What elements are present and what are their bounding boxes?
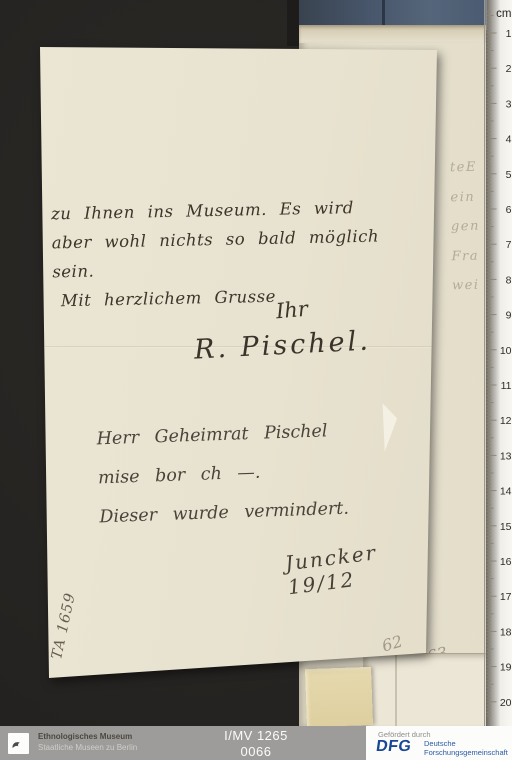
svg-text:2: 2 bbox=[506, 63, 512, 75]
bleedthrough-line: teE bbox=[450, 153, 479, 183]
letter-line: Mit herzlichem Grusse bbox=[53, 280, 381, 316]
document-scan-viewer: teE ein gen Fra wei 63 zu Ihnen ins Muse… bbox=[0, 0, 512, 760]
bleedthrough-line: wei bbox=[452, 271, 481, 301]
signature: R. Pischel. bbox=[193, 325, 371, 365]
bleedthrough-line: Fra bbox=[451, 241, 480, 271]
svg-text:10: 10 bbox=[500, 345, 512, 357]
svg-text:4: 4 bbox=[506, 134, 512, 146]
svg-text:5: 5 bbox=[506, 169, 512, 181]
svg-text:20: 20 bbox=[500, 697, 512, 709]
svg-text:15: 15 bbox=[500, 521, 512, 533]
svg-text:14: 14 bbox=[500, 486, 512, 498]
svg-text:7: 7 bbox=[506, 239, 512, 251]
annotation-line: Dieser wurde vermindert. bbox=[99, 490, 350, 538]
svg-text:18: 18 bbox=[500, 626, 512, 638]
svg-text:8: 8 bbox=[506, 274, 512, 286]
ruler-ticks: 1234567891011121314151617181920 bbox=[487, 12, 512, 716]
inventory-mark: TA 1659 bbox=[47, 579, 82, 672]
sheet-top-edge bbox=[299, 25, 486, 43]
svg-text:19: 19 bbox=[500, 662, 512, 674]
measurement-ruler: cm 1234567891011121314151617181920 bbox=[484, 0, 512, 726]
svg-text:1: 1 bbox=[506, 28, 512, 40]
annotation-signature: Juncker 19/12 bbox=[284, 533, 443, 599]
letter-body: zu Ihnen ins Museum. Es wird aber wohl n… bbox=[51, 193, 381, 316]
ruler-scale: cm 1234567891011121314151617181920 bbox=[485, 0, 512, 726]
inventory-number-line: I/MV 1265 bbox=[0, 728, 512, 744]
svg-text:13: 13 bbox=[500, 450, 512, 462]
svg-text:9: 9 bbox=[506, 310, 512, 322]
pencil-annotation: Herr Geheimrat Pischel mise bor ch —. Di… bbox=[96, 412, 350, 538]
svg-text:11: 11 bbox=[501, 380, 512, 392]
bleedthrough-line: ein bbox=[450, 182, 479, 212]
letter-page-wrapper: zu Ihnen ins Museum. Es wird aber wohl n… bbox=[36, 44, 440, 684]
svg-text:12: 12 bbox=[500, 415, 512, 427]
svg-text:17: 17 bbox=[500, 591, 512, 603]
svg-text:16: 16 bbox=[500, 556, 512, 568]
svg-text:6: 6 bbox=[506, 204, 512, 216]
inventory-number: I/MV 1265 0066 bbox=[0, 728, 512, 760]
footer-bar: Ethnologisches Museum Staatliche Museen … bbox=[0, 726, 512, 760]
letter-page: zu Ihnen ins Museum. Es wird aber wohl n… bbox=[36, 44, 440, 684]
bleedthrough-line: gen bbox=[451, 212, 480, 242]
svg-text:3: 3 bbox=[506, 98, 512, 110]
ruler-unit-label: cm bbox=[496, 8, 511, 20]
bleedthrough-text: teE ein gen Fra wei bbox=[450, 153, 481, 301]
page-number-left: 62 bbox=[380, 632, 405, 656]
inventory-number-line: 0066 bbox=[0, 744, 512, 760]
valediction: Ihr bbox=[275, 297, 309, 324]
